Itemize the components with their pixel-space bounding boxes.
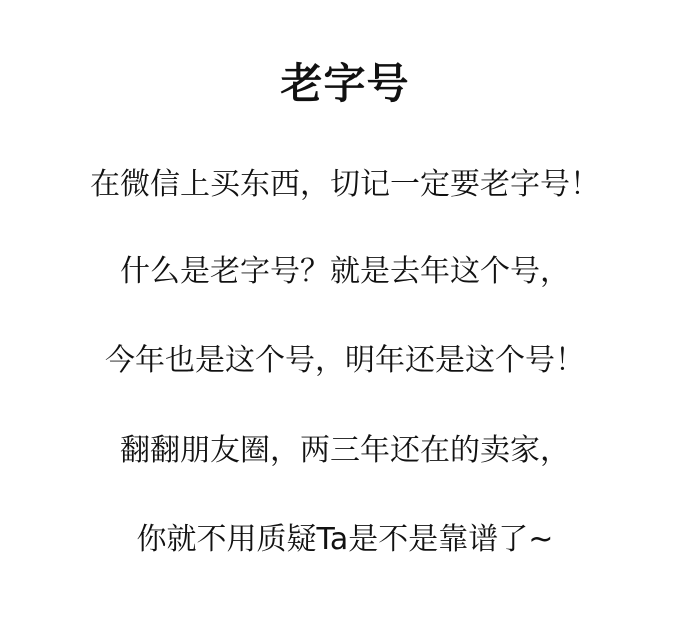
text-line-2: 什么是老字号？就是去年这个号， bbox=[0, 250, 690, 294]
text-line-3: 今年也是这个号，明年还是这个号！ bbox=[0, 339, 690, 383]
text-line-4: 翻翻朋友圈，两三年还在的卖家， bbox=[0, 429, 690, 473]
title: 老字号 bbox=[0, 56, 690, 112]
text-line-5: 你就不用质疑Ta是不是靠谱了~ bbox=[0, 518, 690, 562]
text-line-1: 在微信上买东西，切记一定要老字号！ bbox=[0, 163, 690, 207]
